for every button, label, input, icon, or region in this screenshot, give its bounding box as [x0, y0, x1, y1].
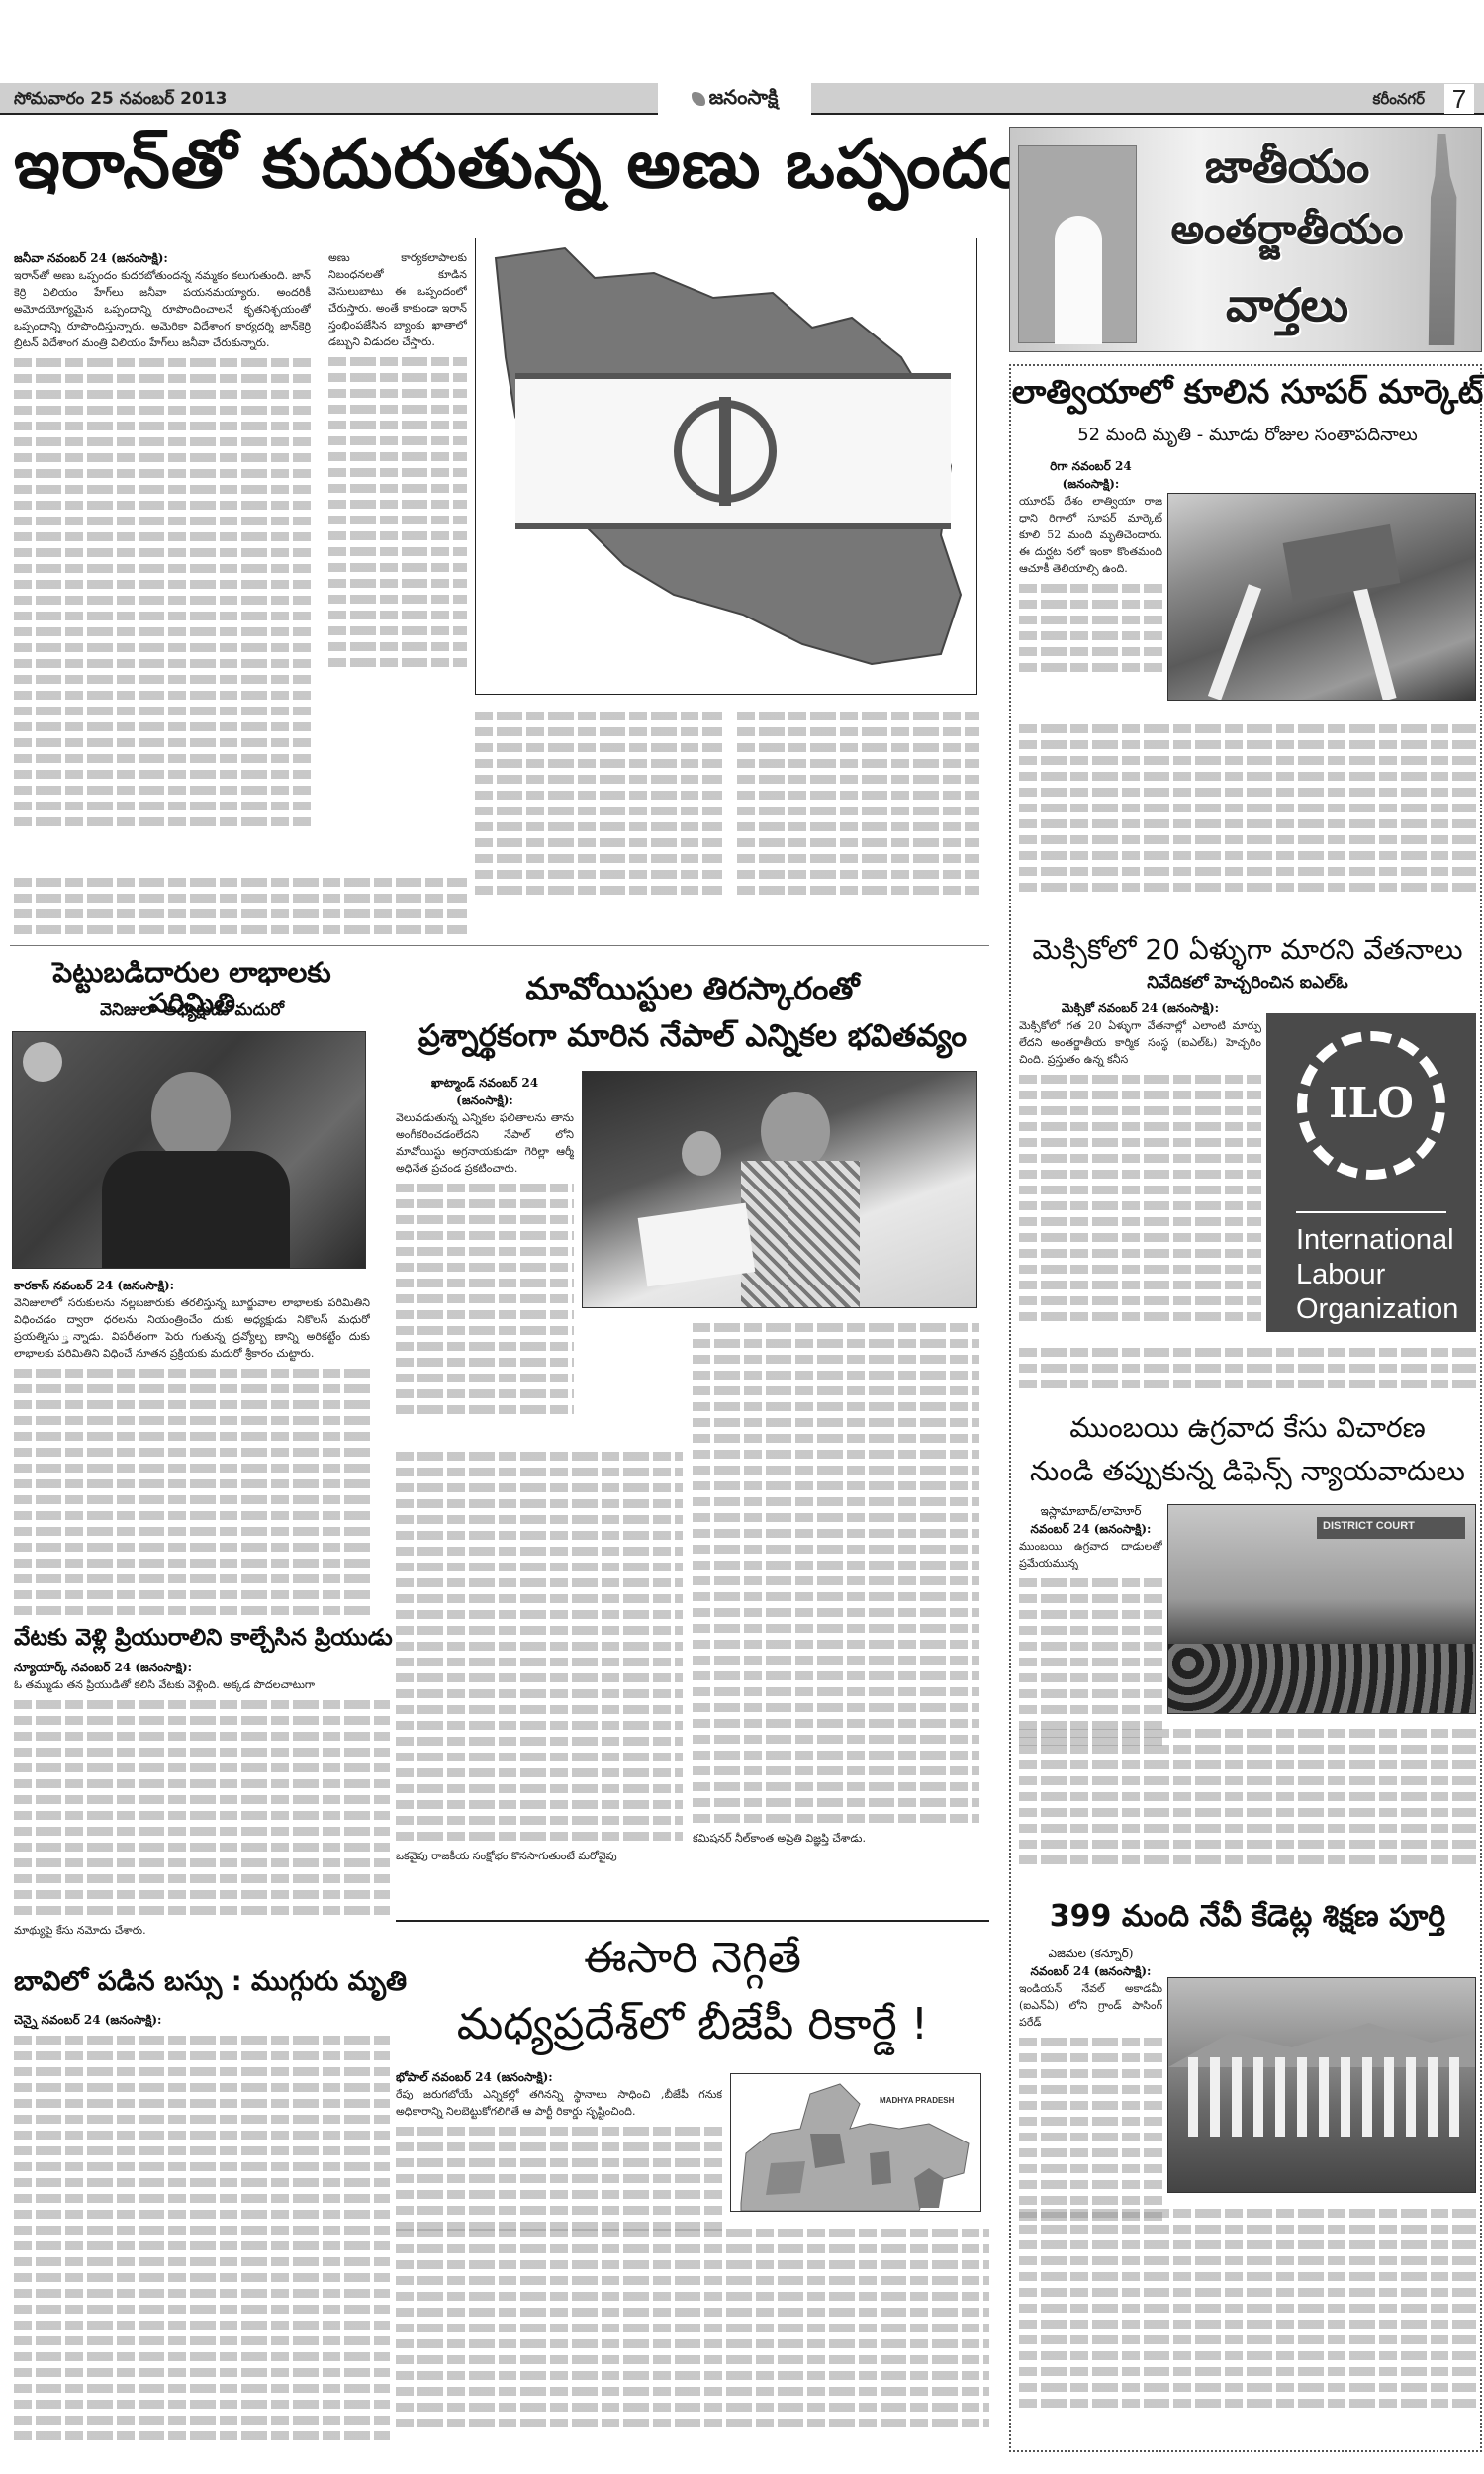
nepal-closing2: కమిషనర్ నీల్‌కాంత అప్రెతి విజ్ఞప్తి చేశా…: [693, 1830, 979, 1847]
mexico-article: మెక్సికో నవంబర్ 24 (జనంసాక్షి): మెక్సికో…: [1019, 999, 1261, 1385]
nepal-body: వెలువడుతున్న ఎన్నికల ఫలితాలను తాను అంగీక…: [396, 1109, 574, 1177]
map-title: MADHYA PRADESH: [880, 2096, 954, 2105]
lead-article-col3: [475, 705, 722, 937]
latvia-dateline-line1: రిగా నవంబర్ 24: [1019, 457, 1162, 475]
nepal-dateline-line2: (జనంసాక్షి):: [396, 1092, 574, 1109]
navy-body: ఇండియన్ నేవల్ అకాడమీ (ఐఎన్‌ఏ) లోని గ్రాం…: [1019, 1980, 1162, 2031]
mp-headline-line2: మధ్యప్రదేశ్‌లో బీజేపీ రికార్డే !: [396, 2001, 989, 2048]
page-number: 7: [1444, 84, 1474, 114]
nepal-closing: ఒకవైపు రాజకీయ సంక్షోభం కొనసాగుతుంటే మరోవ…: [396, 1848, 683, 1864]
section-divider: [396, 1920, 989, 1922]
ilo-logo-image: ILO International Labour Organization: [1266, 1013, 1476, 1332]
latvia-body: యూరప్ దేశం లాత్వియా రాజ ధాని రిగాలో సూపర…: [1019, 493, 1162, 577]
lead-dateline: జనీవా నవంబర్ 24 (జనంసాక్షి):: [14, 249, 311, 267]
issue-date: సోమవారం 25 నవంబర్ 2013: [14, 89, 227, 113]
mp-headline-line1: ఈసారి నెగ్గితే: [396, 1935, 989, 1982]
mp-article-col2: [396, 2222, 989, 2459]
latvia-article-cont: [1019, 717, 1476, 915]
ilo-emblem-icon: ILO: [1297, 1031, 1445, 1180]
newyork-body: ఓ తమ్ముడు తన ప్రియుడితో కలిసి వేటకు వెళ్…: [14, 1676, 390, 1693]
nepal-dateline-line1: ఖాట్మాండ్ నవంబర్ 24: [396, 1074, 574, 1092]
court-sign-text: DISTRICT COURT: [1323, 1520, 1415, 1532]
newyork-ending: మాథ్యుపై కేసు నమోదు చేశారు.: [14, 1922, 390, 1939]
venezuela-body: వెనిజులాలో సరుకులను నల్లబజారుకు తరలిస్తు…: [14, 1294, 370, 1362]
navy-dateline-line1: ఎజిమల (కన్నూర్): [1019, 1945, 1162, 1962]
mumbai-headline-line1: ముంబయి ఉగ్రవాద కేసు విచారణ: [1011, 1413, 1484, 1444]
banner-line2: అంతర్జాతీయం: [1139, 205, 1436, 264]
mumbai-article-cont: [1019, 1722, 1476, 1885]
newspaper-logo: జనంసాక్షి: [658, 83, 811, 115]
district-court-photo: DISTRICT COURT: [1167, 1504, 1476, 1714]
national-international-news-banner: జాతీయం అంతర్జాతీయం వార్తలు: [1009, 127, 1482, 352]
venezuela-article: కారకాస్ నవంబర్ 24 (జనంసాక్షి): వెనిజులాల…: [14, 1277, 370, 1618]
nepal-article-col1: ఖాట్మాండ్ నవంబర్ 24 (జనంసాక్షి): వెలువడు…: [396, 1074, 574, 1440]
logo-text: జనంసాక్షి: [709, 85, 779, 114]
mexico-body: మెక్సికోలో గత 20 ఏళ్ళుగా వేతనాల్లో ఎలాంట…: [1019, 1017, 1261, 1068]
newyork-dateline: న్యూయార్క్ నవంబర్ 24 (జనంసాక్షి):: [14, 1659, 390, 1676]
masthead: సోమవారం 25 నవంబర్ 2013 జనంసాక్షి కరీంనగర…: [0, 83, 1484, 115]
mumbai-headline-line2: నుండి తప్పుకున్న డిఫెన్స్ న్యాయవాదులు: [1011, 1457, 1484, 1487]
lead-article-col2: అణు కార్యకలాపాలకు నిబంధనలతో కూడిన వెసులు…: [328, 249, 467, 695]
latvia-subhead: 52 మంది మృతి - మూడు రోజుల సంతాపదినాలు: [1011, 426, 1484, 445]
nepal-article-col3: కమిషనర్ నీల్‌కాంత అప్రెతి విజ్ఞప్తి చేశా…: [693, 1316, 979, 1880]
bus-dateline: చెన్నై నవంబర్ 24 (జనంసాక్షి):: [14, 2011, 390, 2029]
banner-line1: జాతీయం: [1139, 140, 1436, 205]
madhya-pradesh-map-image: MADHYA PRADESH: [730, 2073, 981, 2212]
mumbai-dateline-line1: ఇస్లామాబాద్/లాహెూర్: [1019, 1502, 1162, 1520]
newyork-headline: వేటకు వెళ్లి ప్రియురాలిని కాల్చేసిన ప్రి…: [14, 1626, 390, 1651]
lead-headline: ఇరాన్‌తో కుదురుతున్న అణు ఒప్పందం: [14, 129, 1024, 203]
nepal-article-col2: ఒకవైపు రాజకీయ సంక్షోభం కొనసాగుతుంటే మరోవ…: [396, 1445, 683, 1880]
maduro-photo: [12, 1031, 366, 1269]
mp-dateline: భోపాల్ నవంబర్ 24 (జనంసాక్షి):: [396, 2068, 722, 2086]
latvia-collapse-photo: [1167, 493, 1476, 701]
mexico-subhead: నివేదికలో హెచ్చరించిన ఐఎల్‌ఓ: [1011, 974, 1484, 993]
latvia-dateline-line2: (జనంసాక్షి):: [1019, 475, 1162, 493]
edition-region: కరీంనగర్: [1372, 90, 1425, 112]
mexico-dateline: మెక్సికో నవంబర్ 24 (జనంసాక్షి):: [1019, 999, 1261, 1017]
latvia-headline: లాత్వియాలో కూలిన సూపర్ మార్కెట్: [1011, 374, 1484, 410]
bus-article: చెన్నై నవంబర్ 24 (జనంసాక్షి):: [14, 2011, 390, 2461]
mexico-headline: మెక్సికోలో 20 ఏళ్ళుగా మారని వేతనాలు: [1011, 935, 1484, 966]
venezuela-subhead: వెనిజులా అధ్యక్షుడు మదురో: [14, 1001, 370, 1020]
lead-body-col2: అణు కార్యకలాపాలకు నిబంధనలతో కూడిన వెసులు…: [328, 249, 467, 350]
lead-article-col1: జనీవా నవంబర్ 24 (జనంసాక్షి): ఇరాన్‌తో అణ…: [14, 249, 311, 863]
india-gate-icon: [1018, 145, 1137, 343]
banner-line3: వార్తలు: [1139, 278, 1436, 343]
navy-dateline-line2: నవంబర్ 24 (జనంసాక్షి):: [1019, 1962, 1162, 1980]
mumbai-dateline-line2: నవంబర్ 24 (జనంసాక్షి):: [1019, 1520, 1162, 1538]
ilo-wordmark: International Labour Organization: [1296, 1223, 1458, 1326]
lead-article-col4: [737, 705, 979, 937]
bus-headline: బావిలో పడిన బస్సు : ముగ్గురు మృతి: [14, 1967, 390, 1997]
lead-body-col1: ఇరాన్‌తో అణు ఒప్పందం కుదరబోతుందన్న నమ్మక…: [14, 267, 311, 351]
mexico-article-cont: [1019, 1341, 1476, 1400]
nepal-voter-photo: [582, 1071, 977, 1308]
mumbai-body: ముంబయి ఉగ్రవాద దాడులతో ప్రమేయమున్న: [1019, 1538, 1162, 1571]
international-news-column: లాత్వియాలో కూలిన సూపర్ మార్కెట్ 52 మంది …: [1009, 364, 1482, 2452]
mp-article-col1: భోపాల్ నవంబర్ 24 (జనంసాక్షి): రేపు జరుగబ…: [396, 2068, 722, 2246]
navy-parade-photo: [1167, 1977, 1476, 2193]
iran-flag-map-image: [475, 238, 977, 695]
newspaper-page: సోమవారం 25 నవంబర్ 2013 జనంసాక్షి కరీంనగర…: [0, 0, 1484, 2474]
map-logo-icon: [692, 92, 705, 106]
navy-article-cont: [1019, 2202, 1476, 2444]
nepal-headline-line2: ప్రశ్నార్థకంగా మారిన నేపాల్ ఎన్నికల భవిత…: [396, 1019, 989, 1053]
venezuela-dateline: కారకాస్ నవంబర్ 24 (జనంసాక్షి):: [14, 1277, 370, 1294]
navy-headline: 399 మంది నేవీ కేడెట్ల శిక్షణ పూర్తి: [1011, 1900, 1484, 1933]
newyork-article: న్యూయార్క్ నవంబర్ 24 (జనంసాక్షి): ఓ తమ్మ…: [14, 1659, 390, 1946]
latvia-article: రిగా నవంబర్ 24 (జనంసాక్షి): యూరప్ దేశం ల…: [1019, 457, 1162, 714]
mp-body: రేపు జరుగబోయే ఎన్నికల్లో తగినన్ని స్థానా…: [396, 2086, 722, 2120]
nepal-headline-line1: మావోయిస్టుల తిరస్కారంతో: [396, 972, 989, 1006]
lead-article-col1-cont: [14, 871, 467, 940]
